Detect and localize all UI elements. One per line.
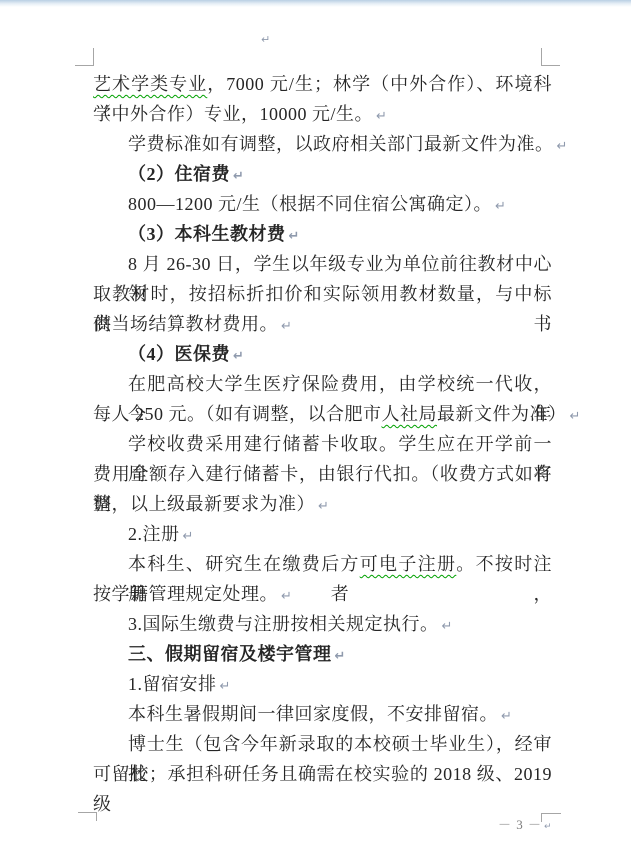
text-run: 本科生、研究生在缴费后方 xyxy=(128,554,360,574)
text-run: （3）本科生教材费 xyxy=(128,224,286,244)
text-line: 本科生、研究生在缴费后方可电子注册。不按时注册者， xyxy=(93,549,552,579)
page-number-paragraph-mark: ↵ xyxy=(544,822,552,832)
paragraph-mark: ↵ xyxy=(501,709,512,724)
text-run: 3.国际生缴费与注册按相关规定执行。 xyxy=(128,614,439,634)
paragraph-mark: ↵ xyxy=(318,499,329,514)
text-line: 本科生暑假期间一律回家度假，不安排留宿。↵ xyxy=(93,699,552,729)
text-line: 学校收费采用建行储蓄卡收取。学生应在开学前一周将 xyxy=(93,429,552,459)
text-line: （中外合作）专业，10000 元/生。↵ xyxy=(93,99,552,129)
paragraph-mark: ↵ xyxy=(220,679,231,694)
paragraph-mark: ↵ xyxy=(233,169,244,184)
text-line: （3）本科生教材费↵ xyxy=(93,219,552,249)
text-line: 学费标准如有调整，以政府相关部门最新文件为准。↵ xyxy=(93,129,552,159)
text-run: 按学籍管理规定处理。 xyxy=(93,584,278,604)
paragraph-mark: ↵ xyxy=(442,619,453,634)
spellcheck-flagged-text: 艺术学类专业 xyxy=(93,74,207,94)
text-run: （2）住宿费 xyxy=(128,164,230,184)
text-run: 整，以上级最新要求为准） xyxy=(93,494,315,514)
paragraph-mark: ↵ xyxy=(570,409,581,424)
text-line: 1.留宿安排↵ xyxy=(93,669,552,699)
header-paragraph-mark: ↵ xyxy=(261,33,270,46)
text-run: 商当场结算教材费用。 xyxy=(93,314,278,334)
text-run: 三、假期留宿及楼宇管理 xyxy=(128,644,332,664)
text-line: 2.注册↵ xyxy=(93,519,552,549)
text-line: （2）住宿费↵ xyxy=(93,159,552,189)
text-run: 最新文件为准） xyxy=(437,404,567,424)
crop-mark-top-right xyxy=(541,48,560,66)
paragraph-mark: ↵ xyxy=(495,199,506,214)
text-line: 三、假期留宿及楼宇管理↵ xyxy=(93,639,552,669)
document-page: ↵ 艺术学类专业，7000 元/生；林学（中外合作）、环境科学（中外合作）专业，… xyxy=(0,0,631,848)
text-line: 在肥高校大学生医疗保险费用，由学校统一代收，今年 xyxy=(93,369,552,399)
text-line: 3.国际生缴费与注册按相关规定执行。↵ xyxy=(93,609,552,639)
text-line: 8 月 26-30 日，学生以年级专业为单位前往教材中心领 xyxy=(93,249,552,279)
text-run: 学费标准如有调整，以政府相关部门最新文件为准。 xyxy=(128,134,554,154)
text-line: 整，以上级最新要求为准）↵ xyxy=(93,489,552,519)
text-line: 取教材时，按招标折扣价和实际领用教材数量，与中标供书 xyxy=(93,279,552,309)
text-run: 800—1200 元/生（根据不同住宿公寓确定）。 xyxy=(128,194,492,214)
crop-mark-top-left xyxy=(75,48,94,66)
paragraph-mark: ↵ xyxy=(289,229,300,244)
paragraph-mark: ↵ xyxy=(376,109,387,124)
text-run: 本科生暑假期间一律回家度假，不安排留宿。 xyxy=(128,704,498,724)
paragraph-mark: ↵ xyxy=(557,139,568,154)
text-run: 1.留宿安排 xyxy=(128,674,217,694)
paragraph-mark: ↵ xyxy=(335,649,346,664)
paragraph-mark: ↵ xyxy=(183,529,194,544)
top-window-edge-shade xyxy=(0,0,631,7)
paragraph-mark: ↵ xyxy=(281,589,292,604)
text-line: 可留校；承担科研任务且确需在校实验的 2018 级、2019 级 xyxy=(93,759,552,789)
spellcheck-flagged-text: 可电子注册 xyxy=(360,554,457,574)
page-number-label: － 3 － xyxy=(498,817,542,832)
paragraph-mark: ↵ xyxy=(281,319,292,334)
text-line: 费用全额存入建行储蓄卡，由银行代扣。（收费方式如有调 xyxy=(93,459,552,489)
spellcheck-flagged-text: 人社局 xyxy=(382,404,438,424)
text-line: 博士生（包含今年新录取的本校硕士毕业生），经审批 xyxy=(93,729,552,759)
text-line: 艺术学类专业，7000 元/生；林学（中外合作）、环境科学 xyxy=(93,69,552,99)
page-number: － 3 －↵ xyxy=(498,814,552,833)
text-line: 每人 250 元。（如有调整，以合肥市人社局最新文件为准）↵ xyxy=(93,399,552,429)
text-run: （4）医保费 xyxy=(128,344,230,364)
text-run: 可留校；承担科研任务且确需在校实验的 2018 级、2019 级 xyxy=(93,764,552,814)
document-body: 艺术学类专业，7000 元/生；林学（中外合作）、环境科学（中外合作）专业，10… xyxy=(93,69,552,789)
text-run: 每人 250 元。（如有调整，以合肥市 xyxy=(93,404,382,424)
text-line: 800—1200 元/生（根据不同住宿公寓确定）。↵ xyxy=(93,189,552,219)
paragraph-mark: ↵ xyxy=(233,349,244,364)
text-line: （4）医保费↵ xyxy=(93,339,552,369)
text-run: （中外合作）专业，10000 元/生。 xyxy=(93,104,373,124)
text-run: 2.注册 xyxy=(128,524,180,544)
